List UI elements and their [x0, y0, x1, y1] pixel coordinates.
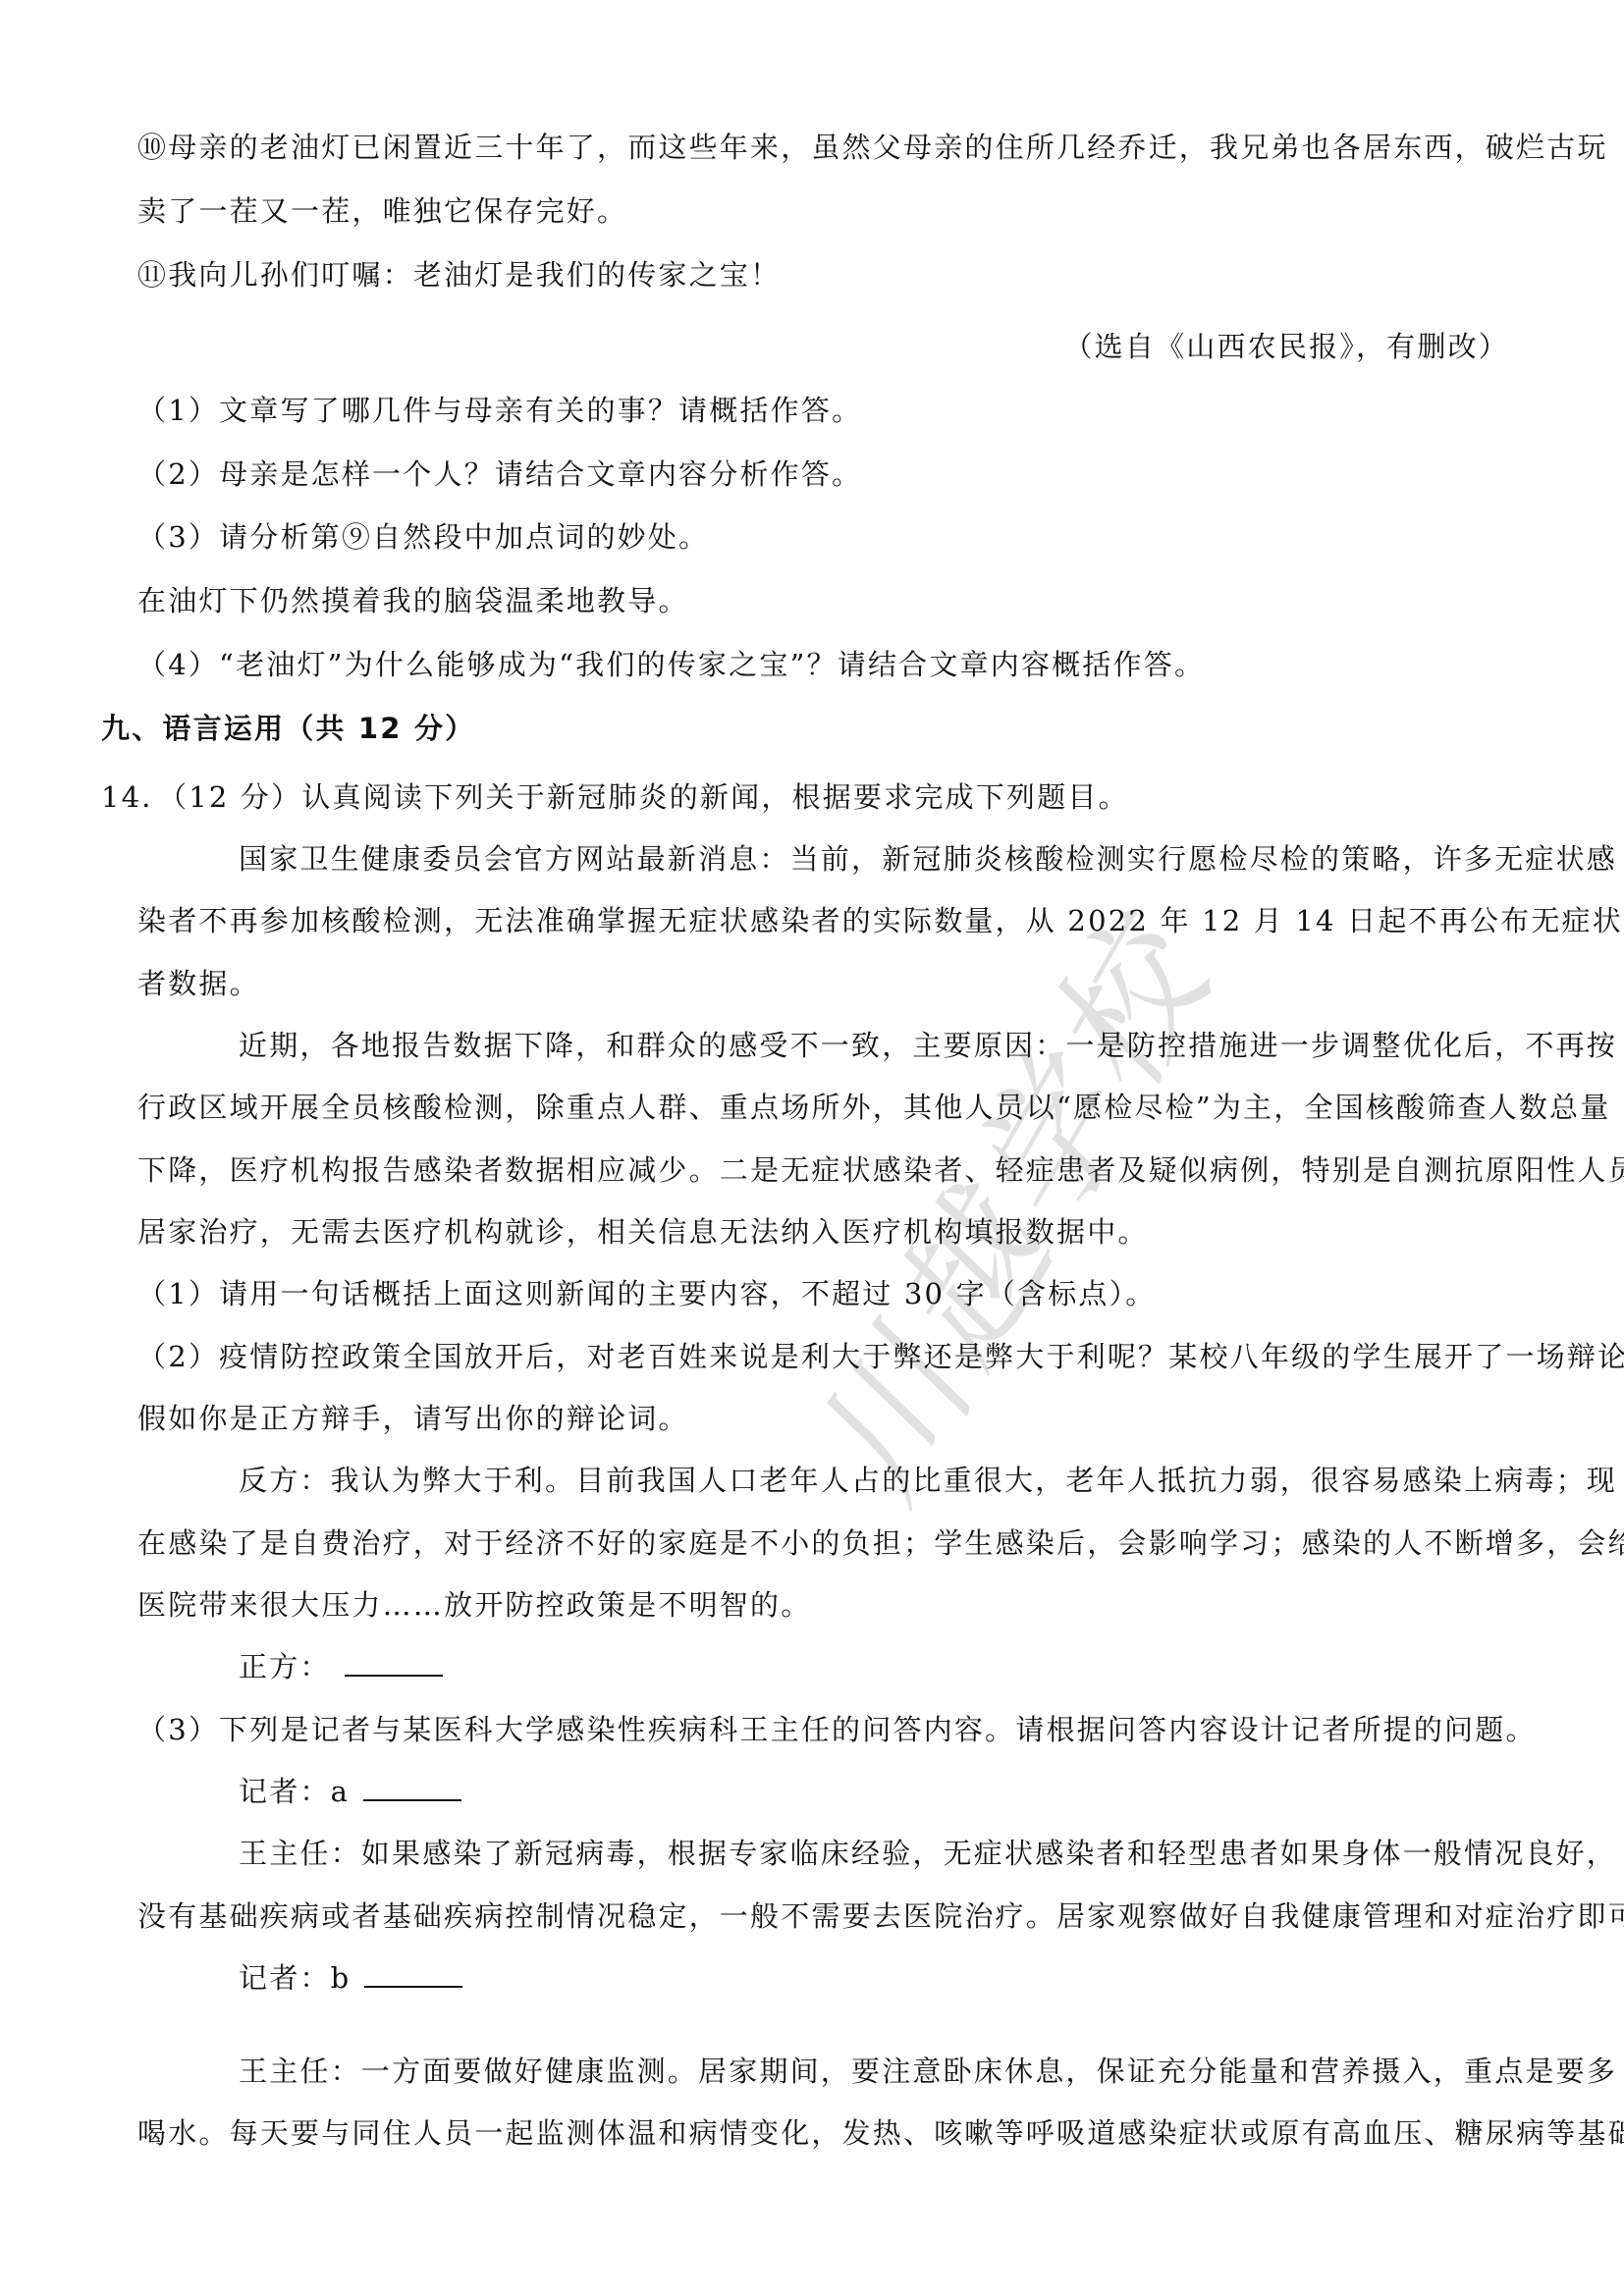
opposing-line-3: 医院带来很大压力……放开防控政策是不明智的。 [137, 1585, 811, 1625]
news-p2-line-1: 近期，各地报告数据下降，和群众的感受不一致，主要原因：一是防控措施进一步调整优化… [239, 1026, 1532, 1065]
question-14-3: （3）下列是记者与某医科大学感染性疾病科王主任的问答内容。请根据问答内容设计记者… [137, 1710, 1537, 1749]
question-14-stem: 14．（12 分）认真阅读下列关于新冠肺炎的新闻，根据要求完成下列题目。 [101, 777, 1129, 817]
question-13-4: （4）“老油灯”为什么能够成为“我们的传家之宝”？请结合文章内容概括作答。 [137, 645, 1205, 684]
reporter-a-label: 记者：a [239, 1775, 350, 1808]
exam-page: 川越学校 ⑩母亲的老油灯已闲置近三十年了，而这些年来，虽然父母亲的住所几经乔迁，… [0, 0, 1624, 2296]
news-p2-line-3: 下降，医疗机构报告感染者数据相应减少。二是无症状感染者、轻症患者及疑似病例，特别… [137, 1150, 1532, 1190]
reporter-a-blank[interactable] [363, 1772, 461, 1801]
director-answer-b-line-2: 喝水。每天要与同住人员一起监测体温和病情变化，发热、咳嗽等呼吸道感染症状或原有高… [137, 2113, 1532, 2153]
question-13-2: （2）母亲是怎样一个人？请结合文章内容分析作答。 [137, 454, 862, 494]
question-14-2-line-2: 假如你是正方辩手，请写出你的辩论词。 [137, 1399, 689, 1438]
opposing-line-1: 反方：我认为弊大于利。目前我国人口老年人占的比重很大，老年人抵抗力弱，很容易感染… [239, 1461, 1532, 1500]
reporter-b-row: 记者：b [239, 1958, 462, 1998]
news-p1-line-1: 国家卫生健康委员会官方网站最新消息：当前，新冠肺炎核酸检测实行愿检尽检的策略，许… [239, 839, 1532, 879]
reporter-a-row: 记者：a [239, 1772, 461, 1811]
reporter-b-blank[interactable] [364, 1958, 462, 1988]
paragraph-10-line-2: 卖了一茬又一茬，唯独它保存完好。 [137, 191, 627, 231]
question-13-3: （3）请分析第⑨自然段中加点词的妙处。 [137, 517, 709, 557]
director-answer-a-line-1: 王主任：如果感染了新冠病毒，根据专家临床经验，无症状感染者和轻型患者如果身体一般… [239, 1834, 1532, 1873]
paragraph-11: ⑪我向儿孙们叮嘱：老油灯是我们的传家之宝！ [137, 255, 781, 294]
director-answer-b-line-1: 王主任：一方面要做好健康监测。居家期间，要注意卧床休息，保证充分能量和营养摄入，… [239, 2052, 1532, 2091]
paragraph-10-line-1: ⑩母亲的老油灯已闲置近三十年了，而这些年来，虽然父母亲的住所几经乔迁，我兄弟也各… [137, 128, 1532, 167]
reporter-b-label: 记者：b [239, 1961, 351, 1995]
affirmative-answer-blank[interactable] [345, 1647, 443, 1677]
affirmative-label: 正方： [239, 1650, 331, 1683]
opposing-line-2: 在感染了是自费治疗，对于经济不好的家庭是不小的负担；学生感染后，会影响学习；感染… [137, 1523, 1532, 1563]
news-p1-line-3: 者数据。 [137, 964, 260, 1003]
director-answer-a-line-2: 没有基础疾病或者基础疾病控制情况稳定，一般不需要去医院治疗。居家观察做好自我健康… [137, 1896, 1532, 1936]
section-heading: 九、语言运用（共 12 分） [101, 709, 475, 748]
source-citation: （选自《山西农民报》，有删改） [1063, 327, 1509, 366]
news-p1-line-2: 染者不再参加核酸检测，无法准确掌握无症状感染者的实际数量，从 2022 年 12… [137, 901, 1532, 940]
news-p2-line-4: 居家治疗，无需去医疗机构就诊，相关信息无法纳入医疗机构填报数据中。 [137, 1212, 1149, 1252]
question-14-1: （1）请用一句话概括上面这则新闻的主要内容，不超过 30 字（含标点）。 [137, 1274, 1157, 1313]
question-13-1: （1）文章写了哪几件与母亲有关的事？请概括作答。 [137, 391, 862, 430]
affirmative-answer-row: 正方： [239, 1647, 443, 1686]
question-14-2-line-1: （2）疫情防控政策全国放开后，对老百姓来说是利大于弊还是弊大于利呢？某校八年级的… [137, 1337, 1532, 1376]
watermark: 川越学校 [752, 881, 1250, 1530]
dotted-sentence: 在油灯下仍然摸着我的脑袋温柔地教导。 [137, 581, 689, 620]
news-p2-line-2: 行政区域开展全员核酸检测，除重点人群、重点场所外，其他人员以“愿检尽检”为主，全… [137, 1088, 1532, 1127]
